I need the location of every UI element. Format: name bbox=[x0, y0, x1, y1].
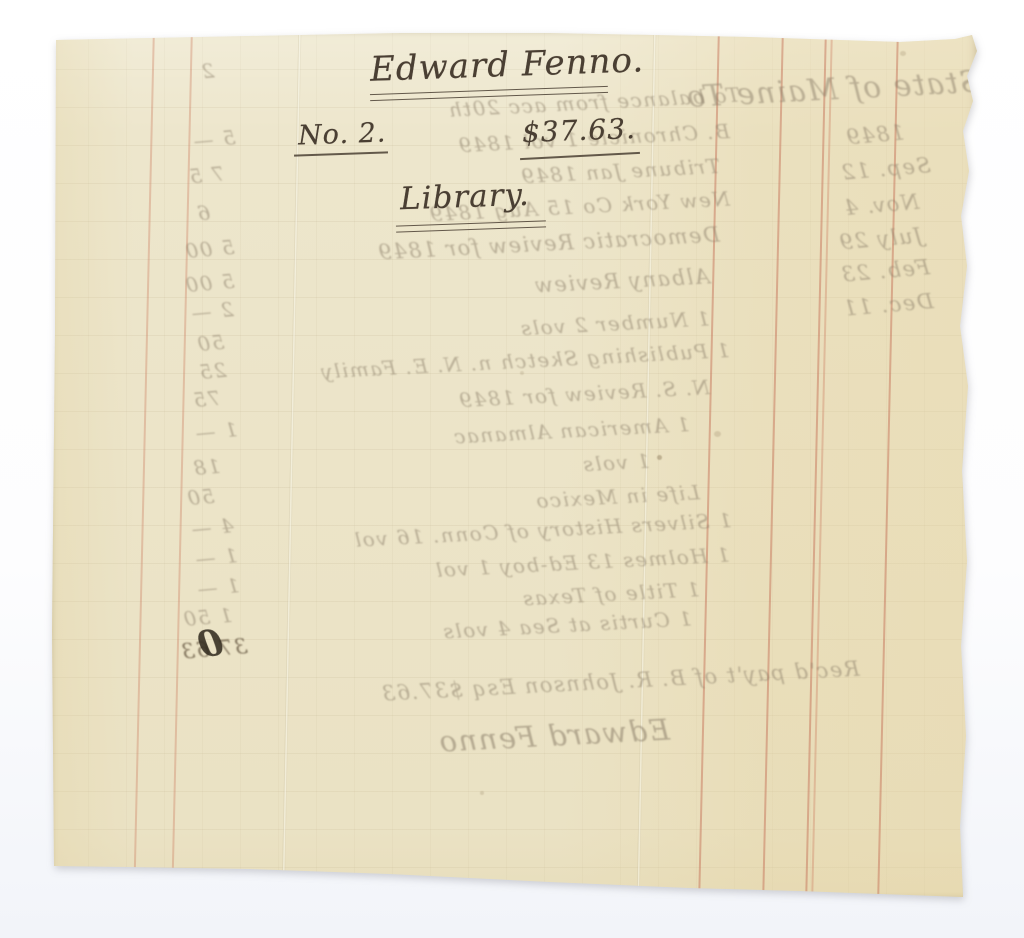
document-title: Edward Fenno. bbox=[369, 40, 644, 90]
foxing-speck bbox=[480, 791, 484, 795]
bleedthrough-line: N. S. Review for 1849 bbox=[330, 375, 711, 419]
bleedthrough-date: Sep. 12 bbox=[839, 153, 932, 185]
bleedthrough-date: Nov. 4 bbox=[842, 190, 920, 221]
paper-sheet: State of Maine To 1849 Sep. 12 Nov. 4 Ju… bbox=[50, 31, 978, 901]
bleedthrough-amount: 4 — bbox=[189, 513, 235, 541]
bleedthrough-amount: 6 bbox=[195, 200, 211, 225]
bleedthrough-amount: 5 — bbox=[191, 125, 237, 153]
foxing-speck bbox=[900, 51, 906, 56]
foxing-speck bbox=[657, 455, 662, 460]
bleedthrough-date: Dec. 11 bbox=[841, 289, 934, 321]
foxing-speck bbox=[714, 431, 721, 437]
ink-blot: 0 bbox=[195, 621, 226, 666]
bleedthrough-date: Feb. 23 bbox=[839, 255, 931, 287]
bleedthrough-amount: 5 00 bbox=[183, 235, 235, 263]
bleedthrough-amount: 1 — bbox=[193, 417, 239, 445]
ledger-rule-line bbox=[762, 31, 784, 901]
document-number: No. 2. bbox=[297, 117, 386, 151]
ledger-rule-line bbox=[133, 31, 154, 901]
document-amount: $37.63. bbox=[521, 112, 636, 149]
bleedthrough-amount: 5 00 bbox=[183, 269, 235, 297]
bleedthrough-amount: 1 — bbox=[193, 543, 239, 571]
bleedthrough-signature: Edward Fenno bbox=[269, 713, 670, 768]
bleedthrough-amount: 18 bbox=[191, 454, 221, 480]
fold-crease bbox=[282, 31, 302, 901]
ledger-rule-line bbox=[171, 31, 192, 901]
bleedthrough-receipt-line: Rec'd pay't of B. R. Johnson Esq $37.63 bbox=[160, 657, 860, 718]
scanned-document: State of Maine To 1849 Sep. 12 Nov. 4 Ju… bbox=[0, 0, 1024, 938]
bleedthrough-line: Albany Review bbox=[380, 264, 711, 305]
bleedthrough-line: 1 vols bbox=[410, 449, 651, 486]
bleedthrough-date: July 29 bbox=[837, 223, 923, 254]
bleedthrough-amount: 50 bbox=[185, 484, 215, 510]
bleedthrough-amount: 75 bbox=[191, 386, 221, 412]
document-category: Library. bbox=[399, 177, 530, 218]
bleedthrough-amount: 1 — bbox=[195, 573, 241, 601]
bleedthrough-line: 1 American Almanac bbox=[350, 412, 691, 454]
bleedthrough-amount: 25 bbox=[197, 358, 227, 384]
ledger-rule-line bbox=[805, 31, 827, 901]
bleedthrough-line: Democratic Review for 1849 bbox=[320, 223, 721, 268]
bleedthrough-amount: 7 5 bbox=[187, 161, 225, 188]
bleedthrough-amount: 2 bbox=[199, 58, 215, 83]
bleedthrough-amount: 2 — bbox=[189, 297, 235, 325]
bleedthrough-amount: 50 bbox=[195, 330, 225, 356]
